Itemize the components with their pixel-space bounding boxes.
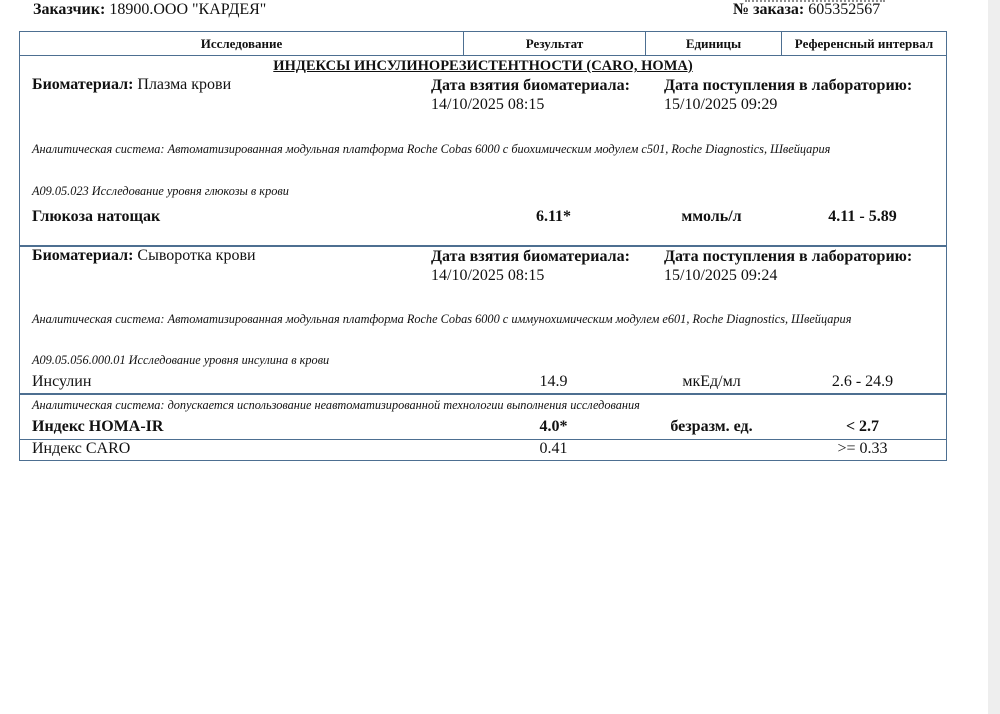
customer-value: 18900.ООО "КАРДЕЯ": [109, 1, 266, 18]
test-reference: < 2.7: [779, 418, 946, 436]
collection-date-value: 14/10/2025 08:15: [431, 267, 544, 284]
received-date-label: Дата поступления в лабораторию:: [664, 76, 912, 95]
column-header-reference: Референсный интервал: [782, 32, 946, 55]
result-row: Индекс CARO 0.41 >= 0.33: [20, 440, 946, 460]
test-unit: мкЕд/мл: [644, 373, 779, 391]
collection-date-label: Дата взятия биоматериала:: [431, 247, 630, 266]
study-code: A09.05.023 Исследование уровня глюкозы в…: [32, 184, 289, 199]
test-name: Инсулин: [32, 373, 91, 391]
table-header: Исследование Результат Единицы Референсн…: [20, 32, 946, 56]
report-page: Заказчик: 18900.ООО "КАРДЕЯ" № заказа: 6…: [0, 0, 988, 714]
index-block-caro: Индекс CARO 0.41 >= 0.33: [20, 440, 946, 460]
biomaterial-value: Плазма крови: [137, 76, 231, 93]
manual-method-note: Аналитическая система: допускается испол…: [32, 398, 640, 413]
result-row: Инсулин 14.9 мкЕд/мл 2.6 - 24.9: [20, 373, 946, 393]
test-name: Индекс CARO: [32, 440, 130, 458]
result-row: Глюкоза натощак 6.11* ммоль/л 4.11 - 5.8…: [20, 208, 946, 228]
study-code: A09.05.056.000.01 Исследование уровня ин…: [32, 353, 329, 368]
collection-date-label: Дата взятия биоматериала:: [431, 76, 630, 95]
biomaterial: Биоматериал: Плазма крови: [32, 76, 231, 94]
result-row: Индекс HOMA-IR 4.0* безразм. ед. < 2.7: [20, 418, 946, 438]
order-value: 605352567: [808, 1, 880, 18]
test-unit: ммоль/л: [644, 208, 779, 226]
viewer-side-gutter: [988, 0, 1000, 714]
biomaterial-label: Биоматериал:: [32, 247, 133, 264]
column-header-study: Исследование: [20, 32, 464, 55]
results-table: Исследование Результат Единицы Референсн…: [19, 31, 947, 461]
test-value: 6.11*: [463, 208, 644, 226]
test-value: 4.0*: [463, 418, 644, 436]
order-label: № заказа:: [733, 1, 804, 18]
collection-date: Дата взятия биоматериала: 14/10/2025 08:…: [431, 76, 630, 114]
received-date-label: Дата поступления в лабораторию:: [664, 247, 912, 266]
section-title: ИНДЕКСЫ ИНСУЛИНОРЕЗИСТЕНТНОСТИ (CARO, HO…: [20, 56, 946, 76]
received-date: Дата поступления в лабораторию: 15/10/20…: [664, 247, 912, 285]
test-value: 0.41: [463, 440, 644, 458]
column-header-result: Результат: [464, 32, 646, 55]
sample-block-insulin: Биоматериал: Сыворотка крови Дата взятия…: [20, 247, 946, 395]
collection-date: Дата взятия биоматериала: 14/10/2025 08:…: [431, 247, 630, 285]
collection-date-value: 14/10/2025 08:15: [431, 96, 544, 113]
biomaterial-label: Биоматериал:: [32, 76, 133, 93]
customer-label: Заказчик:: [33, 1, 105, 18]
order-number-line: № заказа: 605352567: [733, 1, 880, 19]
column-header-units: Единицы: [646, 32, 782, 55]
received-date: Дата поступления в лабораторию: 15/10/20…: [664, 76, 912, 114]
index-block-homa: Аналитическая система: допускается испол…: [20, 395, 946, 440]
analytic-system-note: Аналитическая система: Автоматизированна…: [32, 140, 912, 158]
test-reference: 2.6 - 24.9: [779, 373, 946, 391]
test-name: Индекс HOMA-IR: [32, 418, 163, 436]
customer-line: Заказчик: 18900.ООО "КАРДЕЯ": [33, 1, 266, 19]
test-reference: >= 0.33: [779, 440, 946, 458]
sample-block-glucose: Биоматериал: Плазма крови Дата взятия би…: [20, 76, 946, 247]
analytic-system-note: Аналитическая система: Автоматизированна…: [32, 310, 912, 328]
test-value: 14.9: [463, 373, 644, 391]
test-reference: 4.11 - 5.89: [779, 208, 946, 226]
test-unit: безразм. ед.: [644, 418, 779, 436]
biomaterial-value: Сыворотка крови: [137, 247, 255, 264]
test-name: Глюкоза натощак: [32, 208, 160, 226]
received-date-value: 15/10/2025 09:29: [664, 96, 777, 113]
received-date-value: 15/10/2025 09:24: [664, 267, 777, 284]
biomaterial: Биоматериал: Сыворотка крови: [32, 247, 256, 265]
